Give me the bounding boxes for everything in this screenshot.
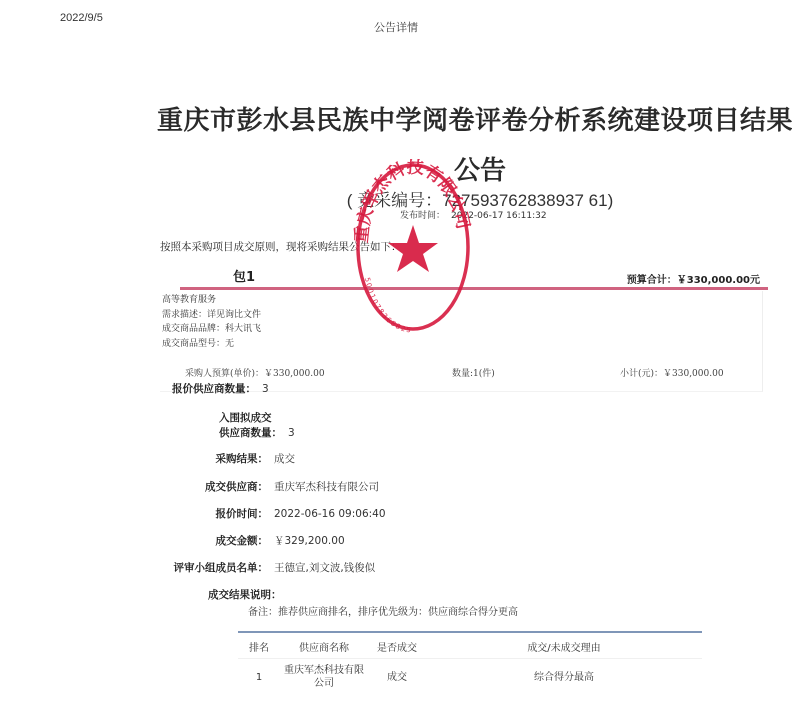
- table-row: 1 重庆军杰科技有限公司 成交 综合得分最高: [238, 659, 702, 696]
- item-model: 成交商品型号：无: [162, 337, 261, 352]
- publish-time-value: 2022-06-17 16:11:32: [451, 211, 547, 221]
- col-is-deal: 是否成交: [368, 634, 426, 659]
- review-panel-members: 评审小组成员名单：王德宣,刘文波,钱俊似: [148, 560, 375, 575]
- quote-supplier-count: 报价供应商数量：3: [172, 381, 269, 396]
- field-value: 3: [288, 427, 295, 439]
- quote-time: 报价时间：2022-06-16 09:06:40: [148, 506, 386, 521]
- item-requirement: 需求描述：详见询比文件: [162, 308, 261, 323]
- notice-title: 重庆市彭水县民族中学阅卷评卷分析系统建设项目结果: [150, 100, 792, 137]
- section-divider: [180, 287, 768, 290]
- field-value: 2022-06-16 09:06:40: [274, 508, 386, 520]
- field-value: 重庆军杰科技有限公司: [274, 481, 379, 493]
- field-label: 成交金额：: [148, 533, 268, 548]
- procurement-code: ( 竞采编号：727593762838937 61): [0, 186, 792, 211]
- intro-text: 按照本采购项目成交原则，现将采购结果公告如下：: [160, 239, 402, 254]
- field-value: 3: [262, 383, 269, 395]
- notice-title-cont: 公告: [0, 150, 792, 187]
- procurement-result: 采购结果：成交: [148, 451, 295, 466]
- publish-time: 发布时间：2022-06-17 16:11:32: [400, 208, 553, 221]
- col-reason: 成交/未成交理由: [426, 634, 702, 659]
- deal-amount: 成交金额：￥329,200.00: [148, 533, 345, 548]
- cell-reason: 综合得分最高: [426, 659, 702, 696]
- package-item-details: 高等教育服务 需求描述：详见询比文件 成交商品品牌：科大讯飞 成交商品型号：无: [162, 293, 261, 351]
- result-table: 排名 供应商名称 是否成交 成交/未成交理由 1 重庆军杰科技有限公司 成交 综…: [238, 634, 702, 695]
- table-top-rule: [238, 631, 702, 633]
- field-label-cont: 供应商数量：: [219, 427, 282, 439]
- table-header-row: 排名 供应商名称 是否成交 成交/未成交理由: [238, 634, 702, 659]
- print-page-title: 公告详情: [0, 19, 792, 35]
- item-brand: 成交商品品牌：科大讯飞: [162, 322, 261, 337]
- col-rank: 排名: [238, 634, 280, 659]
- subtotal: 小计(元)：￥330,000.00: [620, 366, 724, 379]
- cell-is-deal: 成交: [368, 659, 426, 696]
- budget-total: 预算合计：￥330,000.00元: [627, 271, 760, 286]
- item-category: 高等教育服务: [162, 293, 261, 308]
- code-suffix: ): [608, 191, 614, 210]
- field-label: 采购结果：: [148, 451, 268, 466]
- field-value: ￥329,200.00: [274, 535, 345, 547]
- field-label: 评审小组成员名单：: [148, 560, 268, 575]
- quantity: 数量:1(件): [452, 366, 495, 379]
- shortlist-supplier-count: 入围拟成交 供应商数量：3: [219, 410, 295, 440]
- publish-time-label: 发布时间：: [400, 211, 445, 221]
- cell-supplier-name: 重庆军杰科技有限公司: [280, 659, 368, 696]
- ranking-note: 备注：推荐供应商排名，排序优先级为：供应商综合得分更高: [248, 603, 518, 618]
- result-description-label: 成交结果说明：: [208, 587, 282, 602]
- field-value: 王德宣,刘文波,钱俊似: [274, 562, 375, 574]
- col-supplier-name: 供应商名称: [280, 634, 368, 659]
- field-label: 报价时间：: [148, 506, 268, 521]
- cell-rank: 1: [238, 659, 280, 696]
- field-label: 入围拟成交: [219, 410, 295, 425]
- winning-supplier: 成交供应商：重庆军杰科技有限公司: [148, 479, 379, 494]
- package-label: 包1: [233, 266, 255, 285]
- field-label: 成交供应商：: [148, 479, 268, 494]
- field-value: 成交: [274, 453, 295, 465]
- field-label: 报价供应商数量：: [172, 381, 256, 396]
- unit-budget: 采购人预算(单价)：￥330,000.00: [185, 366, 325, 379]
